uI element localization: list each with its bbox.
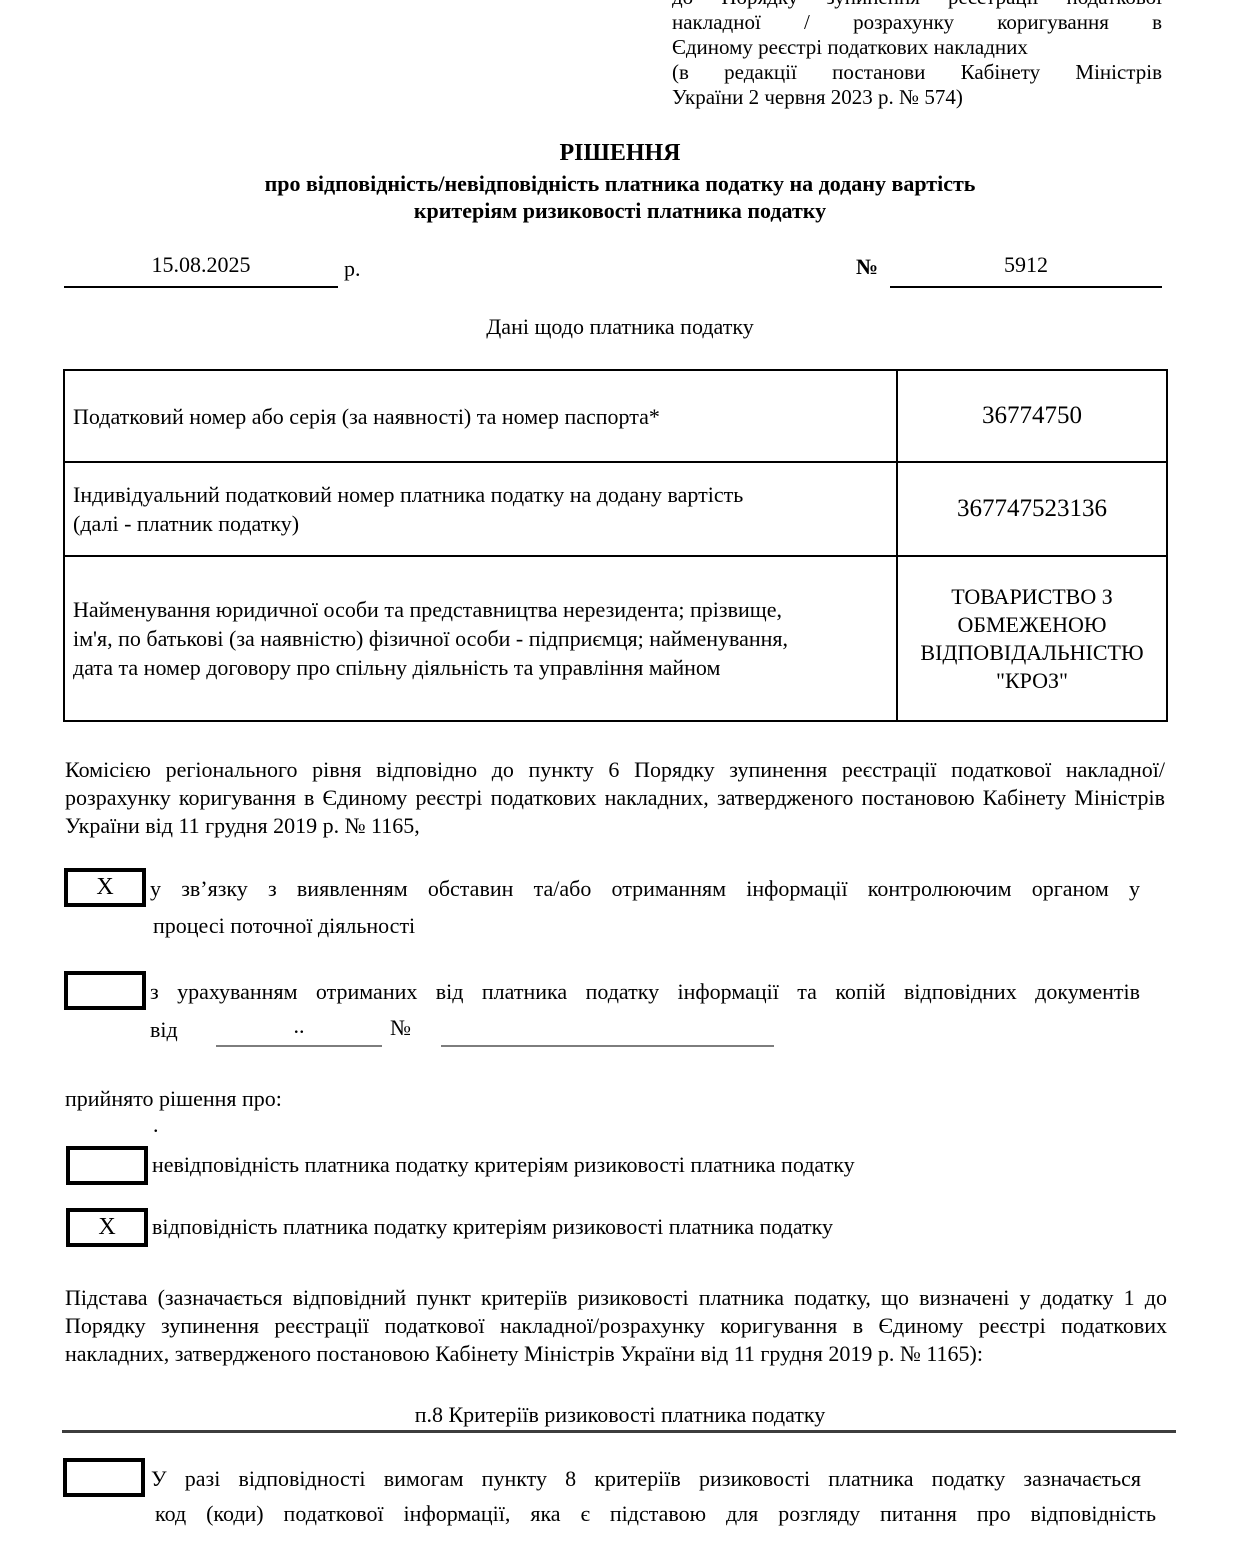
option-conformity-label: відповідність платника податку критеріям… (152, 1214, 833, 1240)
option-code-line-1: У разі відповідності вимогам пункту 8 кр… (151, 1466, 1141, 1492)
row-value: 367747523136 (898, 463, 1166, 555)
checkbox-conformity: Х (66, 1208, 148, 1247)
annex-note-line-1: накладної / розрахунку коригування в (672, 10, 1162, 35)
checkbox-mark: Х (98, 1214, 115, 1240)
row-value: ТОВАРИСТВО З ОБМЕЖЕНОЮ ВІДПОВІДАЛЬНІСТЮ … (898, 557, 1166, 720)
intro-paragraph: Комісією регіонального рівня відповідно … (65, 756, 1165, 840)
row-label: Податковий номер або серія (за наявності… (65, 371, 898, 461)
decision-number-field: 5912 (890, 252, 1162, 288)
basis-paragraph: Підстава (зазначається відповідний пункт… (65, 1284, 1167, 1368)
date-placeholder-dots: .. (216, 1013, 382, 1039)
option-nonconformity-label: невідповідність платника податку критері… (152, 1152, 855, 1178)
checkbox-code (63, 1458, 145, 1497)
decision-document-page: до Порядку зупинення реєстрації податков… (0, 0, 1240, 1550)
number-sign-documents: № (390, 1015, 411, 1041)
checkbox-circumstances: Х (64, 868, 146, 907)
from-label: від (150, 1017, 178, 1043)
date-blank-line (216, 1045, 382, 1047)
option-circumstances-line-2: процесі поточної діяльності (153, 913, 415, 939)
date-suffix: р. (344, 256, 361, 282)
taxpayer-table: Податковий номер або серія (за наявності… (63, 369, 1168, 722)
decision-date-field: 15.08.2025 (64, 252, 338, 288)
criteria-underline (62, 1430, 1176, 1433)
row-label: Найменування юридичної особи та представ… (65, 557, 898, 720)
option-circumstances-line-1: у зв’язку з виявленням обставин та/або о… (150, 876, 1140, 902)
table-row-company-name: Найменування юридичної особи та представ… (65, 557, 1166, 720)
number-blank-line (441, 1045, 774, 1047)
option-documents-line-1: з урахуванням отриманих від платника под… (150, 979, 1140, 1005)
decision-date-value: 15.08.2025 (152, 252, 251, 277)
annex-note-partial-line: до Порядку зупинення реєстрації податков… (672, 0, 1162, 10)
decision-subtitle-line-2: критеріям ризиковості платника податку (0, 197, 1240, 224)
decision-subtitle: про відповідність/невідповідність платни… (0, 170, 1240, 224)
annex-note-line-3: (в редакції постанови Кабінету Міністрів (672, 60, 1162, 85)
criteria-heading: п.8 Критеріїв ризиковості платника подат… (0, 1402, 1240, 1428)
row-label: Індивідуальний податковий номер платника… (65, 463, 898, 555)
table-row-vat-number: Індивідуальний податковий номер платника… (65, 463, 1166, 557)
checkbox-documents (64, 971, 146, 1010)
annex-note-line-4: України 2 червня 2023 р. № 574) (672, 85, 1162, 110)
annex-note-line-2: Єдиному реєстрі податкових накладних (672, 35, 1162, 60)
checkbox-nonconformity (66, 1146, 148, 1185)
checkbox-mark: Х (96, 874, 113, 900)
number-sign: № (856, 254, 878, 280)
decision-subtitle-line-1: про відповідність/невідповідність платни… (0, 170, 1240, 197)
decision-title: РІШЕННЯ (0, 140, 1240, 167)
decision-number-value: 5912 (1004, 252, 1048, 277)
row-value: 36774750 (898, 371, 1166, 461)
option-code-line-2: код (коди) податкової інформації, яка є … (155, 1501, 1156, 1527)
stray-dot: . (153, 1112, 159, 1137)
table-row-tax-number: Податковий номер або серія (за наявності… (65, 371, 1166, 463)
annex-note: до Порядку зупинення реєстрації податков… (672, 0, 1162, 110)
table-caption: Дані щодо платника податку (0, 314, 1240, 340)
decision-intro-text: прийнято рішення про: (65, 1086, 282, 1112)
